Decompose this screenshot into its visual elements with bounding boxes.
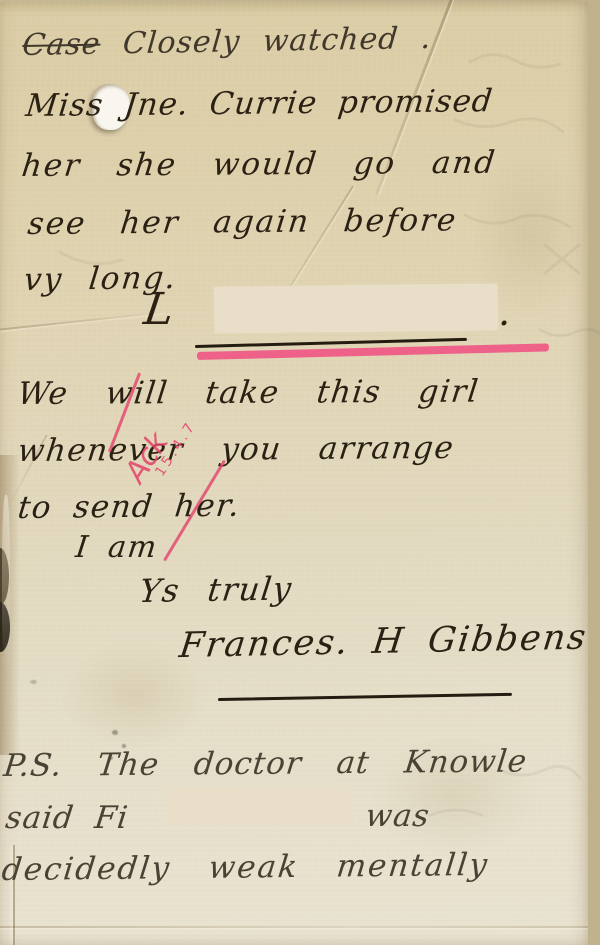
redaction-box-2 (165, 786, 353, 826)
ps-line-1: P.S. The doctor at Knowle (2, 743, 529, 784)
struck-word: Case (21, 27, 102, 63)
ink-smudge (108, 756, 113, 760)
letter-line-2: Miss Jne. Currie promised (24, 83, 495, 124)
ink-smudge (112, 730, 118, 735)
letter-line-10: I am (74, 530, 160, 565)
letter-line-9: to send her. (16, 488, 243, 526)
scanned-letter-page: Case Closely watched . Miss Jne. Currie … (0, 0, 600, 945)
letter-line-8: whenever you arrange (16, 430, 457, 469)
ps-line-2-suffix: was (364, 798, 432, 834)
letter-line-4: see her again before (26, 202, 460, 242)
left-edge-tear-highlight (2, 495, 10, 675)
letter-line-1-text: Closely watched . (121, 21, 433, 61)
letter-line-3: her she would go and (20, 145, 499, 184)
letter-line-11: Ys truly (137, 569, 294, 610)
letter-line-6-period: . (498, 290, 510, 334)
letter-line-1: Case Closely watched . (21, 21, 433, 63)
ps-line-2-prefix: said Fi (4, 800, 131, 836)
crease-bottom-horizontal (0, 926, 588, 928)
ink-smudge (122, 744, 126, 748)
redaction-box-1 (214, 284, 498, 334)
ps-line-3: decidedly weak mentally (0, 847, 491, 888)
letter-line-7: We will take this girl (16, 374, 481, 412)
ink-smudge (30, 680, 37, 684)
